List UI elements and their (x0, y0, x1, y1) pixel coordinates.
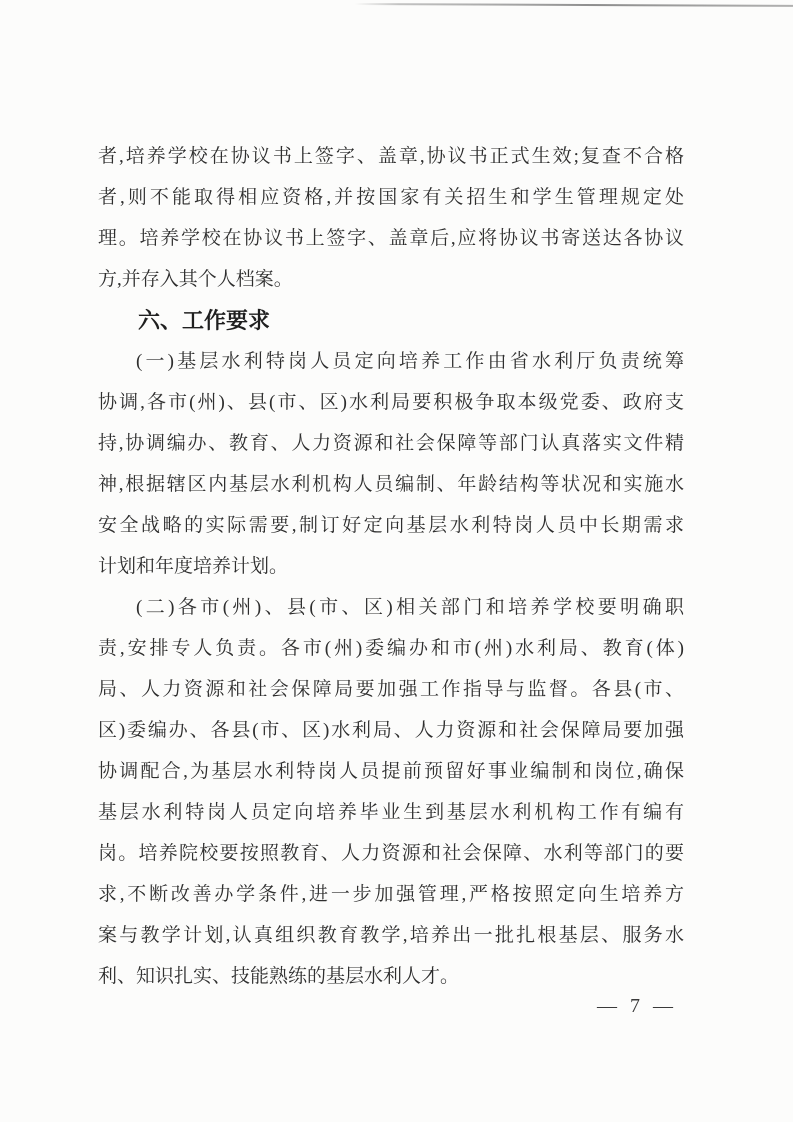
text-line: (一)基层水利特岗人员定向培养工作由省水利厅负责统筹 (98, 341, 684, 382)
text-line: 安全战略的实际需要,制订好定向基层水利特岗人员中长期需求 (98, 505, 684, 546)
text-line: 方,并存入其个人档案。 (98, 259, 684, 300)
text-line: 责,安排专人负责。各市(州)委编办和市(州)水利局、教育(体) (98, 628, 684, 669)
document-body: 者,培养学校在协议书上签字、盖章,协议书正式生效;复查不合格者,则不能取得相应资… (98, 136, 684, 997)
document-page: 者,培养学校在协议书上签字、盖章,协议书正式生效;复查不合格者,则不能取得相应资… (0, 0, 793, 1122)
text-line: 协调,各市(州)、县(市、区)水利局要积极争取本级党委、政府支 (98, 382, 684, 423)
scan-artifact-line (355, 3, 793, 7)
text-line: 计划和年度培养计划。 (98, 546, 684, 587)
text-line: 神,根据辖区内基层水利机构人员编制、年龄结构等状况和实施水 (98, 464, 684, 505)
text-line: 区)委编办、各县(市、区)水利局、人力资源和社会保障局要加强 (98, 710, 684, 751)
text-line: 局、人力资源和社会保障局要加强工作指导与监督。各县(市、 (98, 669, 684, 710)
text-line: 求,不断改善办学条件,进一步加强管理,严格按照定向生培养方 (98, 874, 684, 915)
text-line: 者,培养学校在协议书上签字、盖章,协议书正式生效;复查不合格 (98, 136, 684, 177)
text-line: 者,则不能取得相应资格,并按国家有关招生和学生管理规定处 (98, 177, 684, 218)
text-line: 案与教学计划,认真组织教育教学,培养出一批扎根基层、服务水 (98, 915, 684, 956)
text-line: 持,协调编办、教育、人力资源和社会保障等部门认真落实文件精 (98, 423, 684, 464)
text-line: (二)各市(州)、县(市、区)相关部门和培养学校要明确职 (98, 587, 684, 628)
page-number: — 7 — (597, 995, 677, 1017)
text-line: 利、知识扎实、技能熟练的基层水利人才。 (98, 956, 684, 997)
text-line: 基层水利特岗人员定向培养毕业生到基层水利机构工作有编有 (98, 792, 684, 833)
text-line: 理。培养学校在协议书上签字、盖章后,应将协议书寄送达各协议 (98, 218, 684, 259)
page-footer: — 7 — (597, 992, 677, 1020)
text-line: 岗。培养院校要按照教育、人力资源和社会保障、水利等部门的要 (98, 833, 684, 874)
text-line: 协调配合,为基层水利特岗人员提前预留好事业编制和岗位,确保 (98, 751, 684, 792)
section-heading-line: 六、工作要求 (98, 300, 684, 341)
